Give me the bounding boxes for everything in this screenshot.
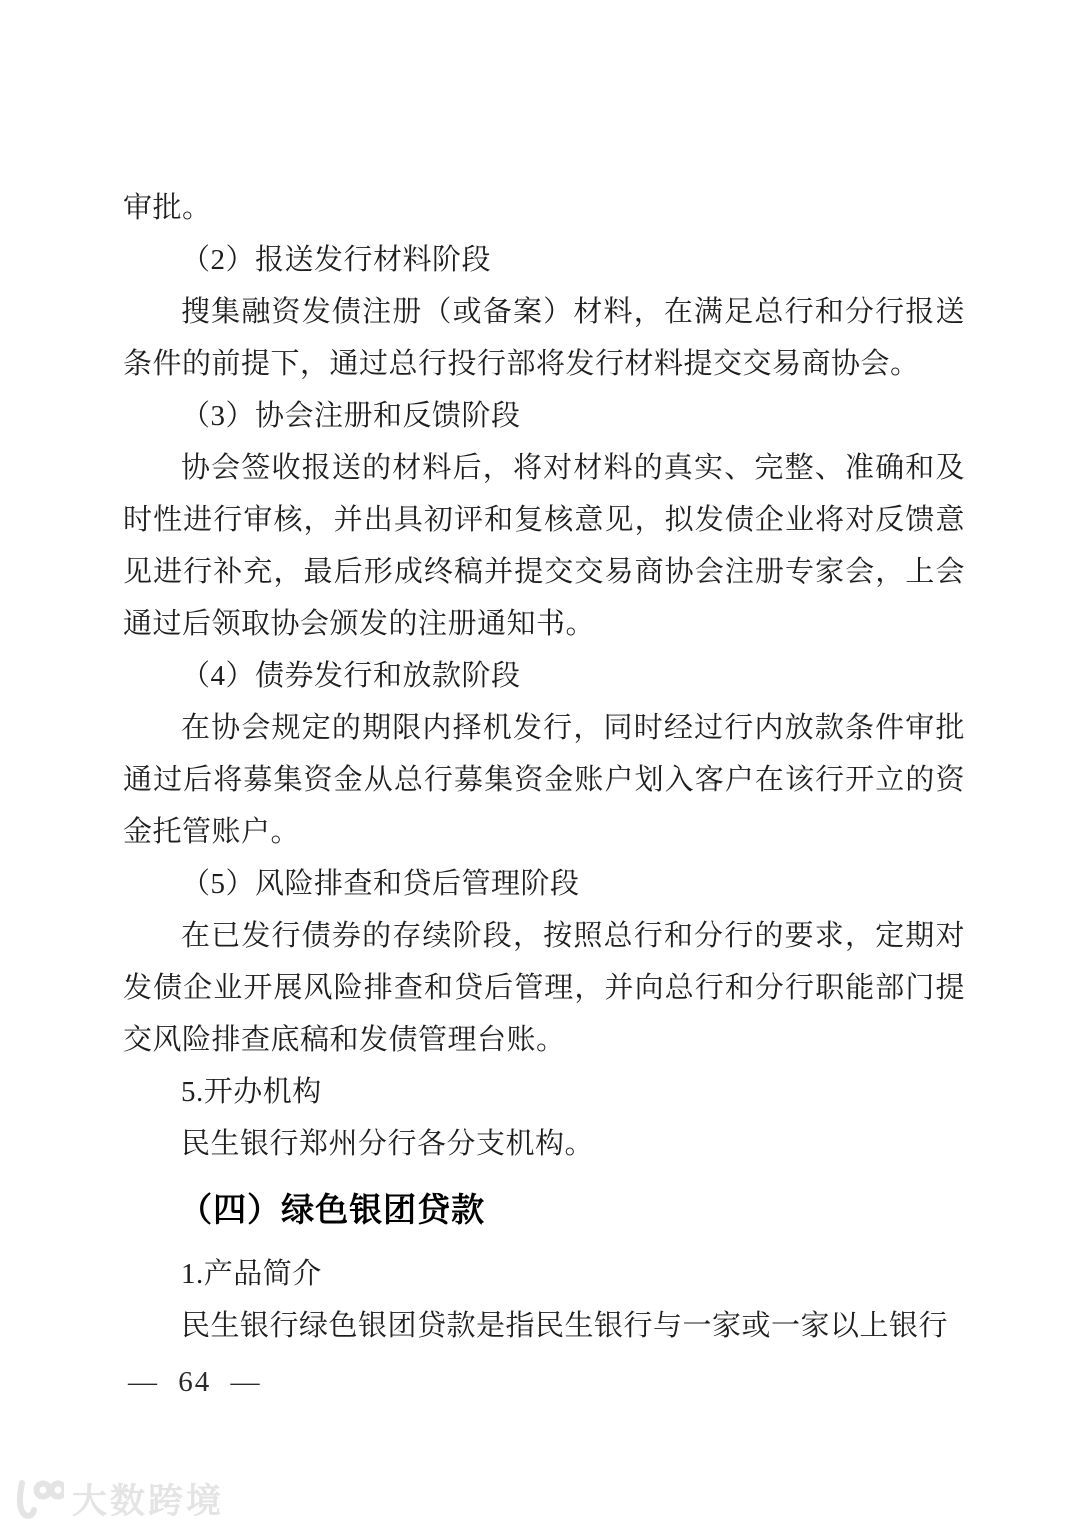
paragraph: 协会签收报送的材料后，将对材料的真实、完整、准确和及时性进行审核，并出具初评和复… [123, 442, 965, 650]
paragraph: 搜集融资发债注册（或备案）材料，在满足总行和分行报送条件的前提下，通过总行投行部… [123, 286, 965, 390]
document-page: 审批。（2）报送发行材料阶段搜集融资发债注册（或备案）材料，在满足总行和分行报送… [0, 0, 1080, 1532]
watermark: 大数跨境 [12, 1474, 224, 1524]
document-body: 审批。（2）报送发行材料阶段搜集融资发债注册（或备案）材料，在满足总行和分行报送… [123, 182, 965, 1352]
paragraph: （5）风险排查和贷后管理阶段 [123, 858, 965, 910]
watermark-text: 大数跨境 [72, 1474, 224, 1524]
paragraph: 民生银行绿色银团贷款是指民生银行与一家或一家以上银行 [123, 1300, 965, 1352]
page-number: — 64 — [128, 1366, 262, 1399]
paragraph: （4）债券发行和放款阶段 [123, 650, 965, 702]
paragraph: 1.产品简介 [123, 1248, 965, 1300]
paragraph: 民生银行郑州分行各分支机构。 [123, 1118, 965, 1170]
watermark-logo-icon [12, 1477, 64, 1521]
paragraph: （3）协会注册和反馈阶段 [123, 390, 965, 442]
paragraph: （2）报送发行材料阶段 [123, 234, 965, 286]
paragraph: 5.开办机构 [123, 1066, 965, 1118]
paragraph: 在协会规定的期限内择机发行，同时经过行内放款条件审批通过后将募集资金从总行募集资… [123, 702, 965, 858]
paragraph: 审批。 [123, 182, 965, 234]
paragraph: 在已发行债券的存续阶段，按照总行和分行的要求，定期对发债企业开展风险排查和贷后管… [123, 910, 965, 1066]
section-heading: （四）绿色银团贷款 [123, 1183, 965, 1237]
